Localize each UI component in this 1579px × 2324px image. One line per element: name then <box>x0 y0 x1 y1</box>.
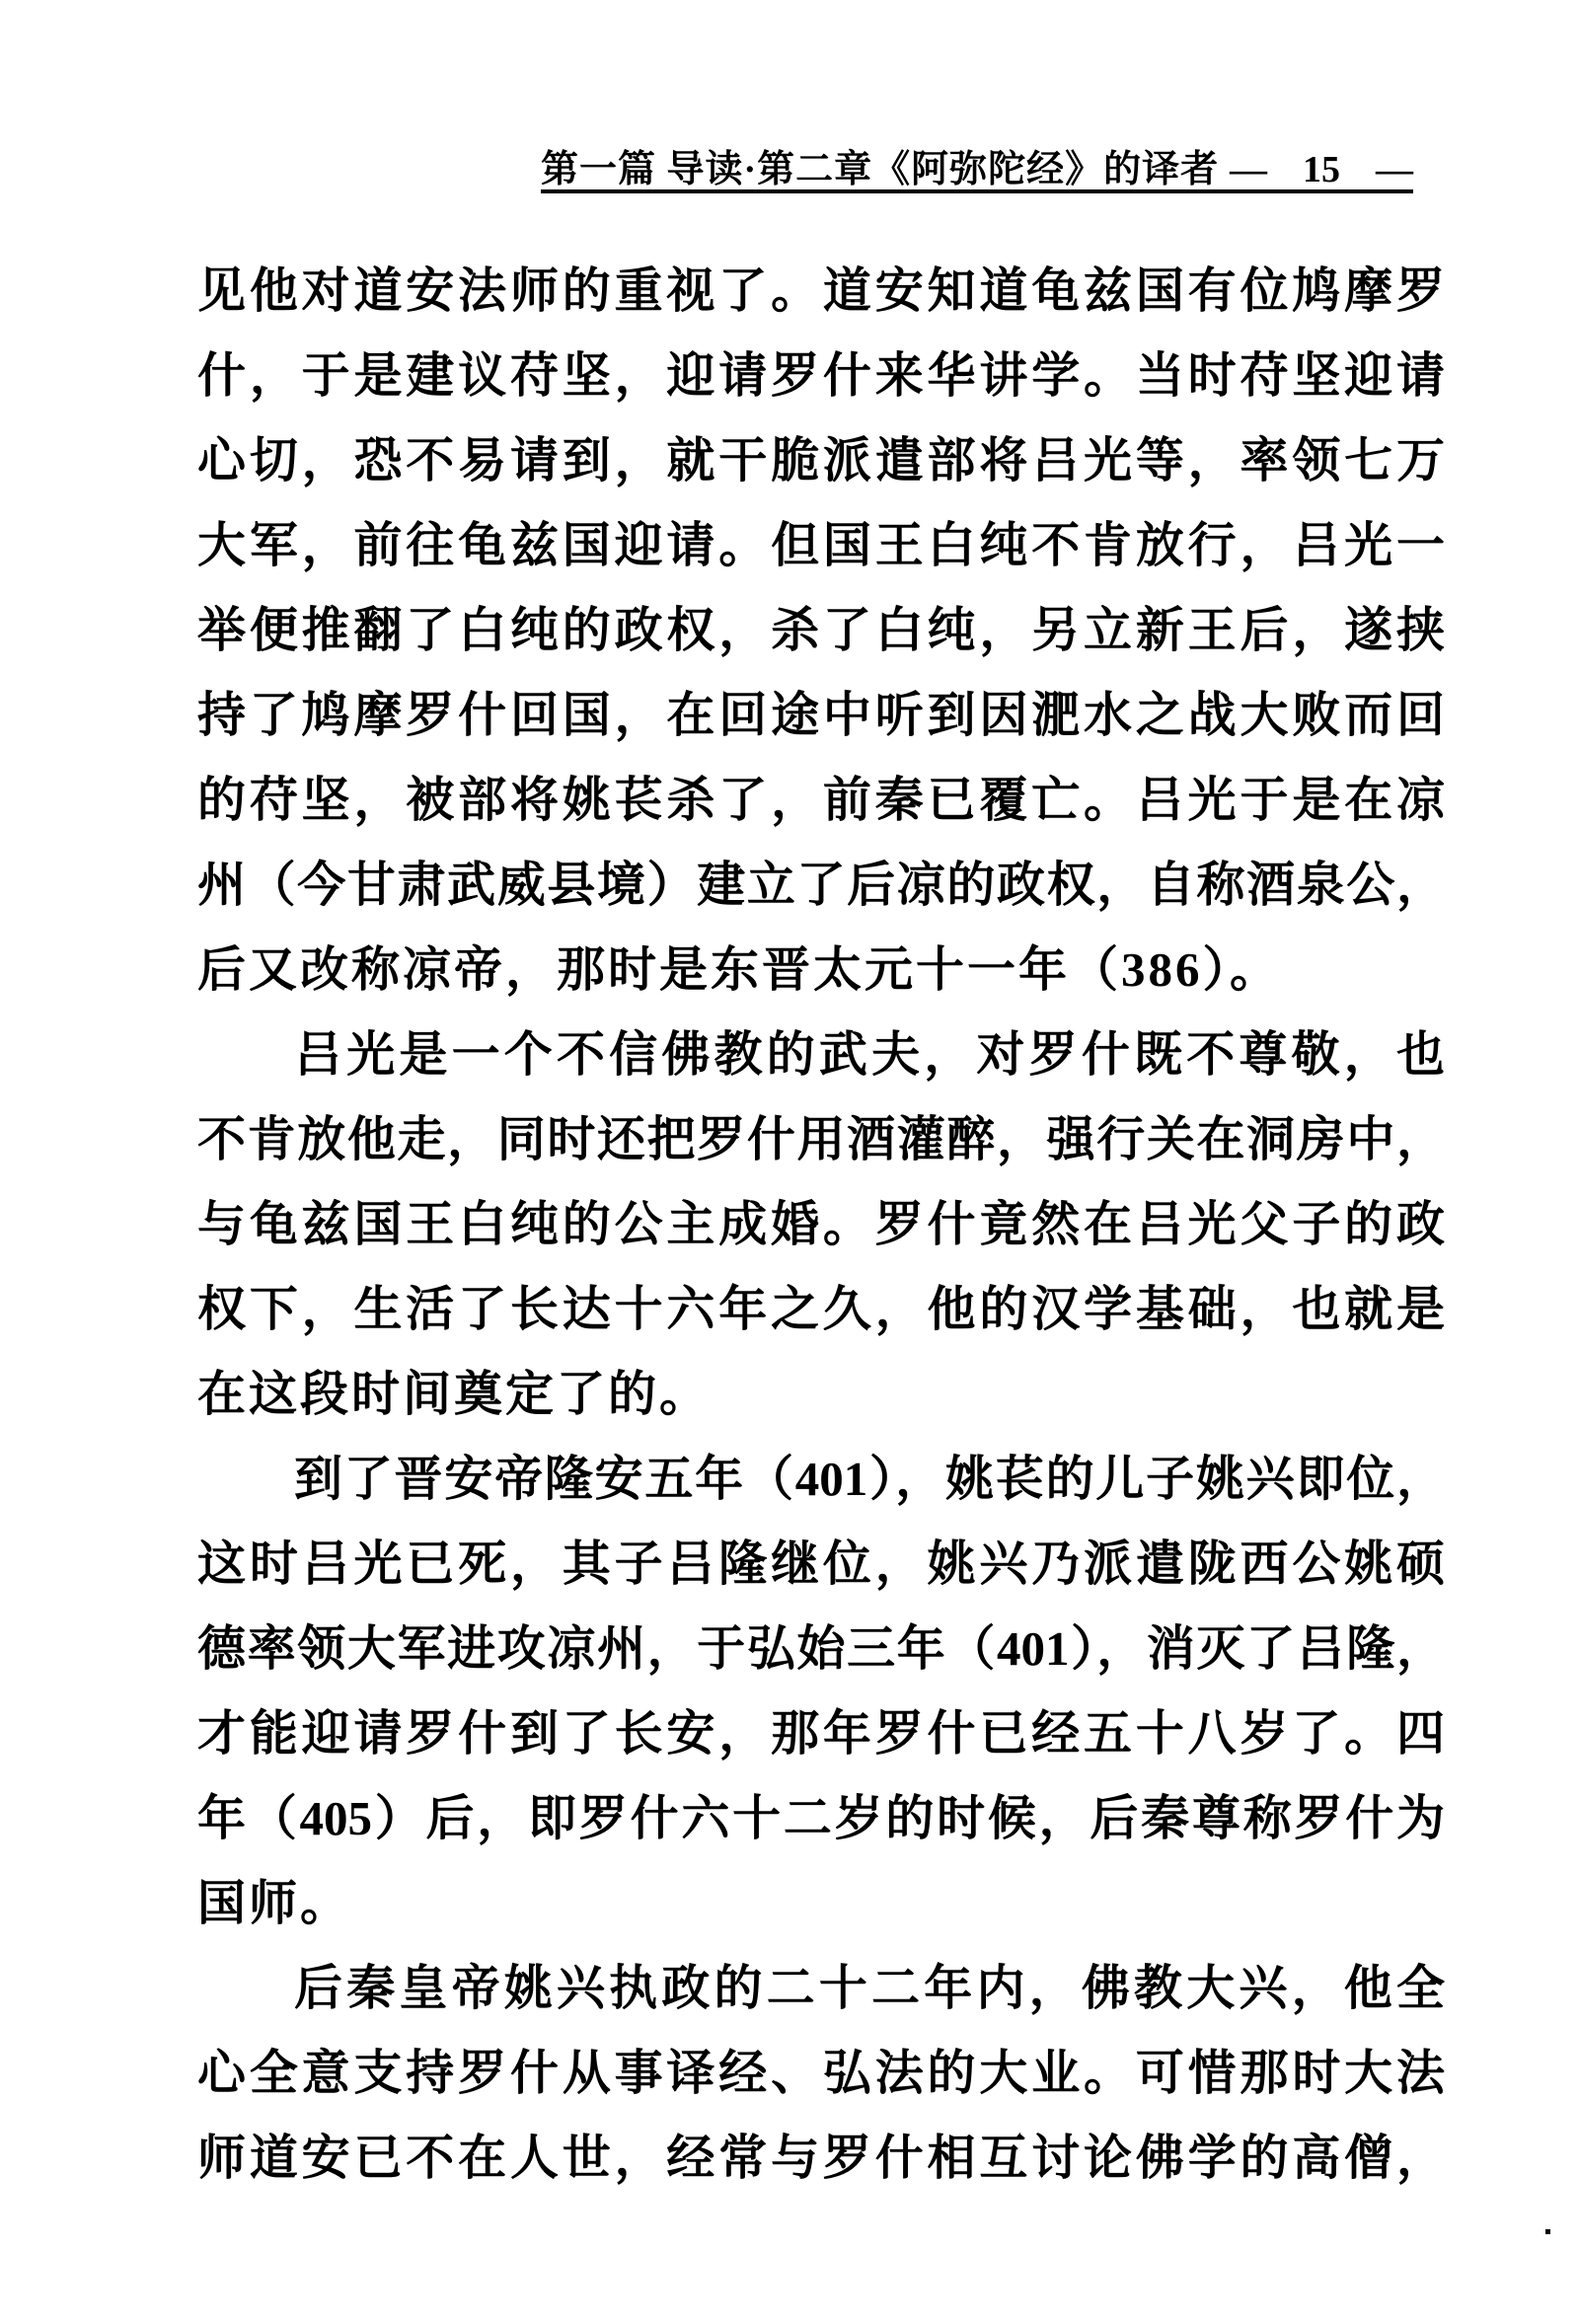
text-line: 国师。 <box>197 1861 1445 1946</box>
text-line: 举便推翻了白纯的政权，杀了白纯，另立新王后，遂挟 <box>197 588 1445 673</box>
text-line: 的苻坚，被部将姚苌杀了，前秦已覆亡。吕光于是在凉 <box>197 758 1445 843</box>
text-line: 心切，恐不易请到，就干脆派遣部将吕光等，率领七万 <box>197 418 1445 503</box>
text-line: 权下，生活了长达十六年之久，他的汉学基础，也就是 <box>197 1267 1445 1352</box>
scan-speck <box>1545 2229 1550 2234</box>
text-line: 州（今甘肃武威县境）建立了后凉的政权，自称酒泉公， <box>197 843 1445 928</box>
text-line: 吕光是一个不信佛教的武夫，对罗什既不尊敬，也 <box>197 1012 1445 1097</box>
text-line: 这时吕光已死，其子吕隆继位，姚兴乃派遣陇西公姚硕 <box>197 1522 1445 1607</box>
page-number-dash-right: — <box>1376 148 1413 191</box>
header-divider <box>541 189 1413 193</box>
text-line: 到了晋安帝隆安五年（401），姚苌的儿子姚兴即位， <box>197 1437 1445 1522</box>
page-number: 15 <box>1303 148 1340 191</box>
text-line: 在这段时间奠定了的。 <box>197 1352 1445 1437</box>
text-line: 师道安已不在人世，经常与罗什相互讨论佛学的高僧， <box>197 2116 1445 2201</box>
page-number-group: — 15 — <box>1230 148 1413 191</box>
text-line: 与龟兹国王白纯的公主成婚。罗什竟然在吕光父子的政 <box>197 1182 1445 1267</box>
text-line: 年（405）后，即罗什六十二岁的时候，后秦尊称罗什为 <box>197 1776 1445 1861</box>
text-line: 心全意支持罗什从事译经、弘法的大业。可惜那时大法 <box>197 2031 1445 2116</box>
text-line: 见他对道安法师的重视了。道安知道龟兹国有位鸠摩罗 <box>197 249 1445 334</box>
text-line: 德率领大军进攻凉州，于弘始三年（401），消灭了吕隆， <box>197 1607 1445 1691</box>
book-page: 第一篇 导读·第二章《阿弥陀经》的译者 — 15 — 见他对道安法师的重视了。道… <box>0 0 1579 2324</box>
text-line: 后秦皇帝姚兴执政的二十二年内，佛教大兴，他全 <box>197 1946 1445 2031</box>
text-line: 大军，前往龟兹国迎请。但国王白纯不肯放行，吕光一 <box>197 503 1445 588</box>
text-line: 后又改称凉帝，那时是东晋太元十一年（386）。 <box>197 928 1445 1012</box>
body-text: 见他对道安法师的重视了。道安知道龟兹国有位鸠摩罗 什，于是建议苻坚，迎请罗什来华… <box>197 249 1445 2201</box>
text-line: 持了鸠摩罗什回国，在回途中听到因淝水之战大败而回 <box>197 673 1445 758</box>
running-title: 第一篇 导读·第二章《阿弥陀经》的译者 <box>541 138 1219 192</box>
page-number-dash-left: — <box>1230 148 1267 191</box>
page-header: 第一篇 导读·第二章《阿弥陀经》的译者 — 15 — <box>541 138 1413 192</box>
text-line: 才能迎请罗什到了长安，那年罗什已经五十八岁了。四 <box>197 1691 1445 1776</box>
text-line: 什，于是建议苻坚，迎请罗什来华讲学。当时苻坚迎请 <box>197 334 1445 418</box>
text-line: 不肯放他走，同时还把罗什用酒灌醉，强行关在洞房中， <box>197 1097 1445 1182</box>
